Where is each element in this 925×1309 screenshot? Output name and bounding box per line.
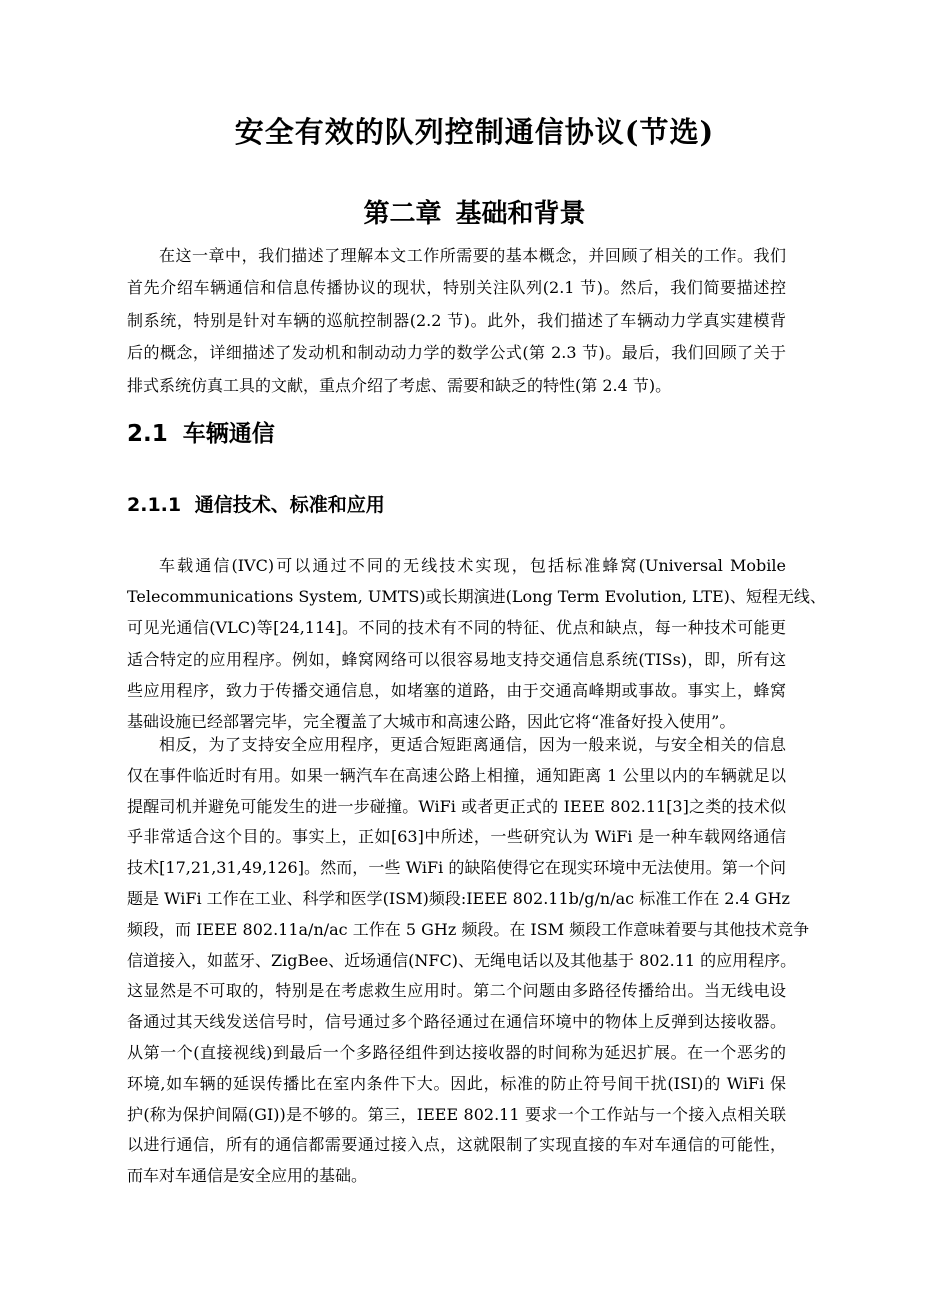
text-line: 而车对车通信是安全应用的基础。 (127, 1161, 786, 1192)
text-line: 频段，而 IEEE 802.11a/n/ac 工作在 5 GHz 频段。在 IS… (127, 915, 786, 946)
text-line: Telecommunications System, UMTS)或长期演进(Lo… (127, 581, 786, 612)
text-line: 首先介绍车辆通信和信息传播协议的现状，特别关注队列(2.1 节)。然后，我们简要… (127, 272, 786, 304)
chapter-heading: 第二章 基础和背景 (24, 196, 925, 232)
document-title: 安全有效的队列控制通信协议(节选) (24, 111, 925, 153)
text-line: 仅在事件临近时有用。如果一辆汽车在高速公路上相撞，通知距离 1 公里以内的车辆就… (127, 761, 786, 792)
text-line: 车载通信(IVC)可以通过不同的无线技术实现，包括标准蜂窝(Universal … (127, 550, 786, 581)
text-line: 些应用程序，致力于传播交通信息，如堵塞的道路，由于交通高峰期或事故。事实上，蜂窝 (127, 675, 786, 706)
paragraph-chapter-intro: 在这一章中，我们描述了理解本文工作所需要的基本概念，并回顾了相关的工作。我们首先… (127, 240, 786, 402)
document-page: 安全有效的队列控制通信协议(节选) 第二章 基础和背景 在这一章中，我们描述了理… (0, 0, 925, 1309)
text-line: 提醒司机并避免可能发生的进一步碰撞。WiFi 或者更正式的 IEEE 802.1… (127, 792, 786, 823)
text-line: 环境,如车辆的延误传播比在室内条件下大。因此，标准的防止符号间干扰(ISI)的 … (127, 1069, 786, 1100)
text-line: 制系统，特别是针对车辆的巡航控制器(2.2 节)。此外，我们描述了车辆动力学真实… (127, 305, 786, 337)
text-line: 排式系统仿真工具的文献，重点介绍了考虑、需要和缺乏的特性(第 2.4 节)。 (127, 370, 786, 402)
text-line: 在这一章中，我们描述了理解本文工作所需要的基本概念，并回顾了相关的工作。我们 (127, 240, 786, 272)
paragraph-ivc-technologies: 车载通信(IVC)可以通过不同的无线技术实现，包括标准蜂窝(Universal … (127, 550, 786, 737)
text-line: 相反，为了支持安全应用程序，更适合短距离通信，因为一般来说，与安全相关的信息 (127, 730, 786, 761)
text-line: 护(称为保护间隔(GI))是不够的。第三，IEEE 802.11 要求一个工作站… (127, 1100, 786, 1131)
text-line: 题是 WiFi 工作在工业、科学和医学(ISM)频段:IEEE 802.11b/… (127, 884, 786, 915)
text-line: 以进行通信，所有的通信都需要通过接入点，这就限制了实现直接的车对车通信的可能性， (127, 1130, 786, 1161)
section-heading-2-1: 2.1 车辆通信 (127, 419, 787, 449)
text-line: 信道接入，如蓝牙、ZigBee、近场通信(NFC)、无绳电话以及其他基于 802… (127, 946, 786, 977)
text-line: 后的概念，详细描述了发动机和制动动力学的数学公式(第 2.3 节)。最后，我们回… (127, 337, 786, 369)
text-line: 可见光通信(VLC)等[24,114]。不同的技术有不同的特征、优点和缺点，每一… (127, 612, 786, 643)
text-line: 技术[17,21,31,49,126]。然而，一些 WiFi 的缺陷使得它在现实… (127, 853, 786, 884)
text-line: 这显然是不可取的，特别是在考虑救生应用时。第二个问题由多路径传播给出。当无线电设 (127, 976, 786, 1007)
subsection-heading-2-1-1: 2.1.1 通信技术、标准和应用 (127, 492, 787, 518)
text-line: 乎非常适合这个目的。事实上，正如[63]中所述，一些研究认为 WiFi 是一种车… (127, 822, 786, 853)
paragraph-safety-wifi: 相反，为了支持安全应用程序，更适合短距离通信，因为一般来说，与安全相关的信息仅在… (127, 730, 786, 1192)
text-line: 从第一个(直接视线)到最后一个多路径组件到达接收器的时间称为延迟扩展。在一个恶劣… (127, 1038, 786, 1069)
text-line: 备通过其天线发送信号时，信号通过多个路径通过在通信环境中的物体上反弹到达接收器。 (127, 1007, 786, 1038)
text-line: 适合特定的应用程序。例如，蜂窝网络可以很容易地支持交通信息系统(TISs)，即，… (127, 644, 786, 675)
